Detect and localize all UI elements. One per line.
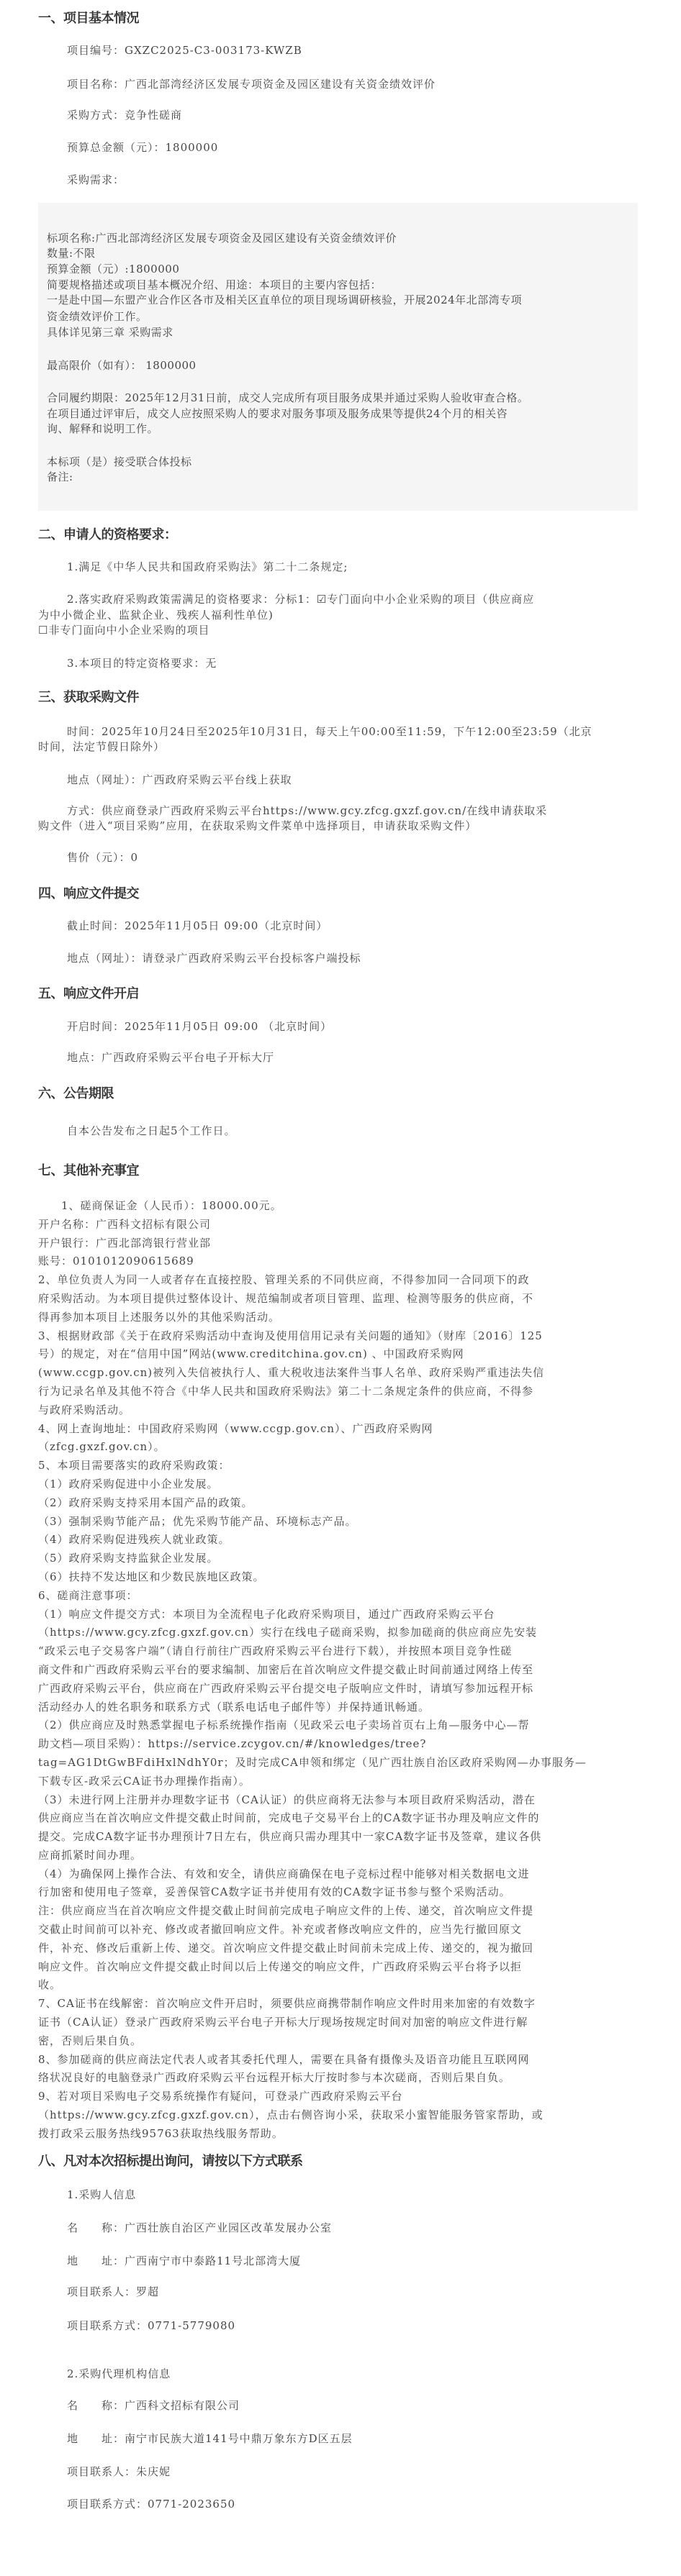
obtain-method-cont: 购文件（进入“项目采购”应用，在获取采购文件菜单中选择项目，申请获取采购文件） bbox=[38, 818, 477, 834]
section-title-supplementary: 七、其他补充事宜 bbox=[38, 1162, 139, 1180]
section-title-submission: 四、响应文件提交 bbox=[38, 886, 139, 903]
supp-line: （https://www.gcy.zfcg.gxzf.gov.cn）实行在线电子… bbox=[38, 1624, 628, 1642]
supp-line: 件，补充、修改后重新上传、递交。首次响应文件提交截止时间前未完成上传、递交的，视… bbox=[38, 1939, 628, 1958]
supp-line: 活动经办人的姓名职务和联系方式（联系电话电子邮件等）并保持通讯畅通。 bbox=[38, 1698, 628, 1717]
supp-line: 注：供应商应当在首次响应文件提交截止时间前完成电子响应文件的上传、递交，首次响应… bbox=[38, 1902, 628, 1921]
obtain-time: 时间：2025年10月24日至2025年10月31日，每天上午00:00至11:… bbox=[67, 724, 592, 739]
supp-line: 9、若对项目采购电子交易系统操作有疑问，可登录广西政府采购云平台 bbox=[38, 2088, 628, 2106]
supp-line: 行加密和使用电子签章，妥善保管CA数字证书并使用有效的CA数字证书参与整个采购活… bbox=[38, 1883, 628, 1902]
supp-line: 拨打政采云服务热线95763获取热线服务帮助。 bbox=[38, 2125, 628, 2144]
supp-line: 响应文件。首次响应文件提交截止时间以后上传递交的响应文件，广西政府采购云平台将予… bbox=[38, 1958, 628, 1977]
supp-line: 得再参加本项目上述服务以外的其他采购活动。 bbox=[38, 1309, 628, 1327]
supp-line: 8、参加磋商的供应商法定代表人或者其委托代理人，需要在具备有摄像头及语音功能且互… bbox=[38, 2051, 628, 2070]
supp-line: 络状况良好的电脑登录广西政府采购云平台远程开标大厅按时参与本次磋商，否则后果自负… bbox=[38, 2069, 628, 2088]
notice-period: 自本公告发布之日起5个工作日。 bbox=[67, 1123, 236, 1139]
section-title-contact: 八、凡对本次招标提出询问，请按以下方式联系 bbox=[38, 2153, 303, 2170]
consortium-note: 本标项（是）接受联合体投标 bbox=[47, 455, 192, 470]
supp-line: 证书（CA认证）登录广西政府采购云平台电子开标大厅现场按规定时间对加密的响应文件… bbox=[38, 2013, 628, 2032]
procurement-demand-label: 采购需求： bbox=[67, 172, 125, 188]
supp-line: 行为记录名单及其他不符合《中华人民共和国政府采购法》第二十二条规定条件的供应商，… bbox=[38, 1383, 628, 1401]
qualification-item-2: 2.落实政府采购政策需满足的资格要求：分标1：☑专门面向中小企业采购的项目（供应… bbox=[67, 591, 534, 607]
lot-detail-ref: 具体详见第三章 采购需求 bbox=[47, 325, 173, 341]
supp-line: 交截止时间前可以补充、修改或者撤回响应文件。补充或者修改响应文件的，应当先行撤回… bbox=[38, 1921, 628, 1939]
supp-line: 供应商应当在首次响应文件提交截止时间前，完成电子交易平台上的CA数字证书办理及响… bbox=[38, 1809, 628, 1828]
supp-line: （1）政府采购促进中小企业发展。 bbox=[38, 1475, 628, 1494]
supp-line: （4）为确保网上操作合法、有效和安全，请供应商确保在电子竞标过程中能够对相关数据… bbox=[38, 1865, 628, 1884]
supp-line: （2）政府采购支持采用本国产品的政策。 bbox=[38, 1494, 628, 1513]
qualification-item-2-cont: 为中小微企业、监狱企业、残疾人福利性单位) bbox=[38, 607, 274, 623]
supp-line: 5、本项目需要落实的政府采购政策： bbox=[38, 1457, 628, 1475]
supp-line: 号）的规定，对在“信用中国”网站(www.creditchina.gov.cn)… bbox=[38, 1345, 628, 1364]
supp-line: （3）强制采购节能产品；优先采购节能产品、环境标志产品。 bbox=[38, 1513, 628, 1532]
supp-line: 2、单位负责人为同一人或者存在直接控股、管理关系的不同供应商，不得参加同一合同项… bbox=[38, 1271, 628, 1290]
purchaser-address: 地 址：广西南宁市中泰路11号北部湾大厦 bbox=[67, 2253, 301, 2269]
supp-line: 府采购活动。为本项目提供过整体设计、规范编制或者项目管理、监理、检测等服务的供应… bbox=[38, 1290, 628, 1309]
remark-label: 备注: bbox=[47, 470, 73, 486]
supplementary-text: 1、磋商保证金（人民币）：18000.00元。 开户名称：广西科文招标有限公司 … bbox=[38, 1197, 628, 2144]
contract-term-line-3: 询、解释和说明工作。 bbox=[47, 422, 158, 437]
supp-line: 密，否则后果自负。 bbox=[38, 2032, 628, 2051]
supp-line: 7、CA证书在线解密：首次响应文件开启时，须要供应商携带制作响应文件时用来加密的… bbox=[38, 1995, 628, 2013]
supp-line: （2）供应商应及时熟悉掌握电子标系统操作指南（见政采云电子卖场首页右上角—服务中… bbox=[38, 1716, 628, 1735]
supp-line: “政采云电子交易客户端”（请自行前往广西政府采购云平台进行下载），并按照本项目竞… bbox=[38, 1642, 628, 1661]
supp-line: 6、磋商注意事项： bbox=[38, 1587, 628, 1606]
supp-line: （zfcg.gxzf.gov.cn）。 bbox=[38, 1438, 628, 1457]
obtain-time-cont: 时间，法定节假日除外） bbox=[38, 739, 165, 755]
obtain-method: 方式：供应商登录广西政府采购云平台https://www.gcy.zfcg.gx… bbox=[67, 803, 547, 819]
purchaser-name: 名 称：广西壮族自治区产业园区改革发展办公室 bbox=[67, 2220, 332, 2236]
supp-line: 收。 bbox=[38, 1976, 628, 1995]
purchaser-phone: 项目联系方式：0771-5779080 bbox=[67, 2318, 235, 2334]
supp-line: 1、磋商保证金（人民币）：18000.00元。 bbox=[38, 1197, 628, 1216]
supp-line: （4）政府采购促进残疾人就业政策。 bbox=[38, 1531, 628, 1549]
supp-line: 开户银行：广西北部湾银行营业部 bbox=[38, 1234, 628, 1253]
agency-heading: 2.采购代理机构信息 bbox=[67, 2366, 171, 2382]
lot-brief: 简要规格描述或项目基本概况介绍、用途：本项目的主要内容包括： bbox=[47, 278, 382, 293]
qualification-item-3: 3.本项目的特定资格要求：无 bbox=[67, 655, 217, 671]
supp-line: 与政府采购活动。 bbox=[38, 1401, 628, 1420]
supp-line: 广西政府采购云平台，供应商在广西政府采购云平台提交电子版响应文件时，请填写参加远… bbox=[38, 1680, 628, 1698]
supp-line: tag=AG1DtGwBFdiHxlNdhY0r；及时完成CA申领和绑定（见广西… bbox=[38, 1754, 628, 1772]
lot-content-line-2: 资金绩效评价工作。 bbox=[47, 309, 148, 325]
project-name: 项目名称：广西北部湾经济区发展专项资金及园区建设有关资金绩效评价 bbox=[67, 76, 436, 92]
agency-contact-person: 项目联系人：朱庆妮 bbox=[67, 2464, 171, 2480]
supp-line: （1）响应文件提交方式：本项目为全流程电子化政府采购项目，通过广西政府采购云平台 bbox=[38, 1606, 628, 1624]
supp-line: (www.ccgp.gov.cn)被列入失信被执行人、重大税收违法案件当事人名单… bbox=[38, 1364, 628, 1383]
agency-name: 名 称：广西科文招标有限公司 bbox=[67, 2398, 240, 2413]
section-title-basic-info: 一、项目基本情况 bbox=[38, 10, 139, 27]
project-number: 项目编号：GXZC2025-C3-003173-KWZB bbox=[67, 42, 302, 58]
lot-max-price: 最高限价（如有）： 1800000 bbox=[47, 358, 197, 374]
purchaser-heading: 1.采购人信息 bbox=[67, 2187, 136, 2203]
supp-line: 4、网上查询地址：中国政府采购网（www.ccgp.gov.cn）、广西政府采购… bbox=[38, 1420, 628, 1439]
contract-term-line-1: 合同履约期限：2025年12月31日前，成交人完成所有项目服务成果并通过采购人验… bbox=[47, 391, 528, 406]
supp-line: 3、根据财政部《关于在政府采购活动中查询及使用信用记录有关问题的通知》（财库〔2… bbox=[38, 1327, 628, 1346]
supp-line: 商文件和广西政府采购云平台的要求编制、加密后在首次响应文件提交截止时间前通过网络… bbox=[38, 1661, 628, 1680]
supp-line: 助文档—项目采购）：https://service.zcygov.cn/#/kn… bbox=[38, 1735, 628, 1754]
section-title-obtain-docs: 三、获取采购文件 bbox=[38, 689, 139, 706]
qualification-item-1: 1.满足《中华人民共和国政府采购法》第二十二条规定; bbox=[67, 559, 348, 575]
section-title-opening: 五、响应文件开启 bbox=[38, 986, 139, 1003]
lot-name: 标项名称:广西北部湾经济区发展专项资金及园区建设有关资金绩效评价 bbox=[47, 231, 397, 247]
agency-address: 地 址：南宁市民族大道141号中鼎万象东方D区五层 bbox=[67, 2431, 353, 2447]
purchaser-contact-person: 项目联系人：罗超 bbox=[67, 2284, 159, 2300]
supp-line: （6）扶持不发达地区和少数民族地区政策。 bbox=[38, 1568, 628, 1587]
submission-place: 地点（网址）：请登录广西政府采购云平台投标客户端投标 bbox=[67, 950, 361, 966]
supp-line: 账号：0101012090615689 bbox=[38, 1252, 628, 1271]
document-price: 售价（元）：0 bbox=[67, 850, 138, 865]
supp-line: （5）政府采购支持监狱企业发展。 bbox=[38, 1549, 628, 1568]
supp-line: （3）未进行网上注册并办理数字证书（CA认证）的供应商将无法参与本项目政府采购活… bbox=[38, 1791, 628, 1810]
supp-line: 提交。完成CA数字证书办理预计7日左右，供应商只需办理其中一家CA数字证书及签章… bbox=[38, 1828, 628, 1847]
supp-line: 开户名称：广西科文招标有限公司 bbox=[38, 1216, 628, 1234]
qualification-non-sme-option: ☐非专门面向中小企业采购的项目 bbox=[38, 622, 209, 638]
supp-line: 应商抓紧时间办理。 bbox=[38, 1847, 628, 1865]
obtain-place: 地点（网址）：广西政府采购云平台线上获取 bbox=[67, 772, 292, 788]
opening-place: 地点：广西政府采购云平台电子开标大厅 bbox=[67, 1050, 274, 1065]
section-title-notice-period: 六、公告期限 bbox=[38, 1086, 114, 1103]
lot-content-line-1: 一是赴中国—东盟产业合作区各市及相关区直单位的项目现场调研核验，开展2024年北… bbox=[47, 293, 522, 309]
agency-phone: 项目联系方式：0771-2023650 bbox=[67, 2496, 235, 2512]
procurement-method: 采购方式：竞争性磋商 bbox=[67, 107, 182, 123]
supp-line: （https://www.gcy.zfcg.gxzf.gov.cn），点击右侧咨… bbox=[38, 2106, 628, 2125]
lot-quantity: 数量:不限 bbox=[47, 246, 96, 262]
supp-line: 下载专区-政采云CA证书办理操作指南）。 bbox=[38, 1772, 628, 1791]
section-title-qualifications: 二、申请人的资格要求： bbox=[38, 527, 177, 544]
total-budget: 预算总金额（元）：1800000 bbox=[67, 140, 218, 155]
opening-time: 开启时间：2025年11月05日 09:00 （北京时间） bbox=[67, 1019, 332, 1034]
submission-deadline: 截止时间：2025年11月05日 09:00（北京时间） bbox=[67, 918, 328, 934]
contract-term-line-2: 在项目通过评审后，成交人应按照采购人的要求对服务事项及服务成果等提供24个月的相… bbox=[47, 406, 508, 422]
lot-budget: 预算金额（元）:1800000 bbox=[47, 262, 179, 278]
